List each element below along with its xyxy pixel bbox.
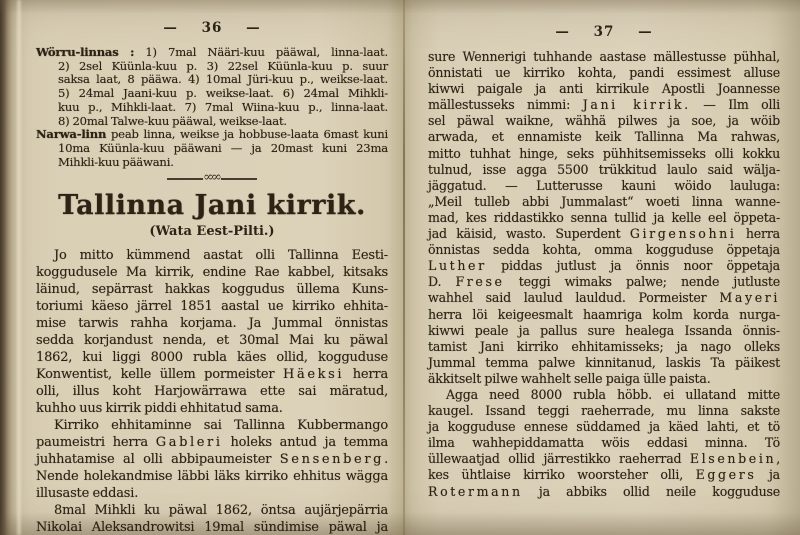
text-line: mitto tuhhat hinge, seks pühhitsemisseks… [428, 146, 780, 162]
text-line: Luther piddas jutlust ja önnis noor öppe… [428, 258, 780, 274]
text-line: Wörru-linnas : 1) 7mal Nääri-kuu pääwal,… [36, 46, 388, 60]
text-line: kiwwi peale ja pallus sure healega Issan… [428, 323, 780, 339]
text-line: Kirriko ehhitaminne sai Tallinna Kubberm… [36, 417, 388, 434]
text-line: Mihkli-kuu pääwani. [36, 156, 388, 170]
text-line: juhhatamise al olli abbipaumeister Sense… [36, 451, 388, 468]
text-line: mise tarwis rahha korjama. Ja Jummal önn… [36, 315, 388, 332]
text-line: läinud, sepärrast hakkas koggudus üllema… [36, 281, 388, 298]
text-line: sure Wennerigi tuhhande aastase mällestu… [428, 49, 780, 65]
article-body-left: Jo mitto kümmend aastat olli Tallinna Ee… [36, 247, 388, 535]
text-line: illusaste eddasi. [36, 485, 388, 502]
bold-lead: Wörru-linnas : [36, 45, 134, 59]
fore-edge-highlight [17, 0, 21, 535]
spaced-name: Elsenbein [690, 451, 776, 466]
text-line: koggudusele Ma kirrik, endine Rae kabbel… [36, 264, 388, 281]
text-line: Rotermann ja abbiks ollid neile koggudus… [428, 484, 780, 500]
page-number-right: — 37 — [428, 24, 780, 40]
text-line: arwada, et ennamiste keik Tallinna Ma ra… [428, 129, 780, 145]
binding-gutter-crease [403, 0, 405, 535]
text-line: saksa laat, 8 pääwa. 4) 10mal Jüri-kuu p… [36, 73, 388, 87]
page-36: — 36 — Wörru-linnas : 1) 7mal Nääri-kuu … [36, 20, 388, 535]
text-line: kiwwi paigale ja anti kirrikule Apostli … [428, 81, 780, 97]
text-line: kuu p., Mihkli-laat. 7) 7mal Wiina-kuu p… [36, 101, 388, 115]
text-line: D. Frese teggi wimaks palwe; nende jutlu… [428, 274, 780, 290]
book-spread: — 36 — Wörru-linnas : 1) 7mal Nääri-kuu … [0, 0, 800, 535]
spaced-name: Eggers [696, 467, 757, 482]
text-line: sel päwal waikne, wähhä pilwes ja soe, j… [428, 113, 780, 129]
spaced-name: Gableri [156, 435, 223, 450]
text-line: mad, kes riddastikko senna tullid ja kel… [428, 210, 780, 226]
text-line: jad käisid, wasto. Superdent Girgensohni… [428, 226, 780, 242]
text-line: kuhho uus kirrik piddi ehhitatud sama. [36, 400, 388, 417]
text-line: „Meil tulleb abbi Jummalast“ woeti linna… [428, 194, 780, 210]
text-line: 8mal Mihkli ku päwal 1862, öntsa aujärje… [36, 502, 388, 519]
chain-ornament-icon: ∞∞ [203, 173, 221, 185]
text-line: 2) 2sel Küünla-kuu p. 3) 22sel Küünla-ku… [36, 60, 388, 74]
article-body-right: sure Wennerigi tuhhande aastase mällestu… [428, 49, 780, 500]
text-line: 1862, kui liggi 8000 rubla käes ollid, k… [36, 349, 388, 366]
bold-lead: Narwa-linn [36, 127, 106, 141]
article-subtitle: (Wata Eest-Pilti.) [36, 224, 388, 239]
text-line: Nikolai Aleksandrowitsi 19mal sündimise … [36, 519, 388, 535]
text-line: wahhel said laulud lauldud. Pormeister M… [428, 290, 780, 306]
market-days-list: Wörru-linnas : 1) 7mal Nääri-kuu pääwal,… [36, 46, 388, 169]
page-37: — 37 — sure Wennerigi tuhhande aastase m… [428, 24, 780, 500]
text-line: ilma wahhepiddamatta wöis eddasi minna. … [428, 435, 780, 451]
text-line: kaugel. Issand teggi raeherrade, mu linn… [428, 403, 780, 419]
spaced-name: Rotermann [428, 484, 523, 499]
divider-rule-left [167, 178, 203, 179]
spaced-name: Mayeri [719, 290, 780, 305]
text-line: Agga need 8000 rubla höbb. ei ullatand m… [428, 387, 780, 403]
page-number-left: — 36 — [36, 20, 388, 36]
text-line: jäggatud. — Lutterusse kauni wöido laulu… [428, 178, 780, 194]
spaced-name: Jani kirrik. [583, 97, 691, 112]
text-line: mällestusseks nimmi: Jani kirrik. — Ilm … [428, 97, 780, 113]
divider-rule-right [221, 178, 257, 179]
text-line: üllewaatjad ollid järrestikko raeherrad … [428, 451, 780, 467]
section-divider: ∞∞ [36, 171, 388, 186]
text-line: toriumi käeso järrel 1851 aastal ue kirr… [36, 298, 388, 315]
text-line: äkkitselt pilwe wahhelt selle paiga ülle… [428, 371, 780, 387]
text-line: 10ma Küünla-kuu pääwani — ja 20mast kuni… [36, 142, 388, 156]
spaced-name: Sensenberg [280, 452, 384, 467]
text-line: Jo mitto kümmend aastat olli Tallinna Ee… [36, 247, 388, 264]
text-line: 8) 20mal Talwe-kuu pääwal, weikse-laat. [36, 115, 388, 129]
text-line: herra löi keigeesmalt haamriga kolm kord… [428, 307, 780, 323]
text-line: Narwa-linn peab linna, weikse ja hobbuse… [36, 128, 388, 142]
spaced-name: Luther [428, 258, 487, 273]
article-title: Tallinna Jani kirrik. [36, 190, 388, 221]
spaced-name: Girgensohni [630, 226, 737, 241]
text-line: önnistati ue kirriko kohta, pandi essime… [428, 65, 780, 81]
text-line: tulnud, isse agga 5500 trükkitud laulo s… [428, 162, 780, 178]
text-line: ja kogguduse ennese süddamed ja käed lah… [428, 419, 780, 435]
text-line: önnistas sedda kohta, omma kogguduse öpp… [428, 242, 780, 258]
text-line: paumeistri herra Gableri holeks antud ja… [36, 434, 388, 451]
text-line: 5) 24mal Jaani-kuu p. weikse-laat. 6) 24… [36, 87, 388, 101]
text-line: Jummal temma palwe kinnitanud, laskis Ta… [428, 355, 780, 371]
text-line: tamist Jani kirriko ehhitamisseks; ja na… [428, 339, 780, 355]
text-line: Nende holekandmise läbbi läks kirriko eh… [36, 468, 388, 485]
text-line: Konwentist, kelle üllem pormeister Häeks… [36, 366, 388, 383]
text-line: kes ühtlaise kirriko woorsteher olli, Eg… [428, 467, 780, 483]
text-line: sedda korjandust nenda, et 30mal Mai ku … [36, 332, 388, 349]
text-line: olli, illus koht Harjowärrawa ette sai m… [36, 383, 388, 400]
spaced-name: Frese [455, 274, 504, 289]
spaced-name: Häeksi [283, 367, 344, 382]
